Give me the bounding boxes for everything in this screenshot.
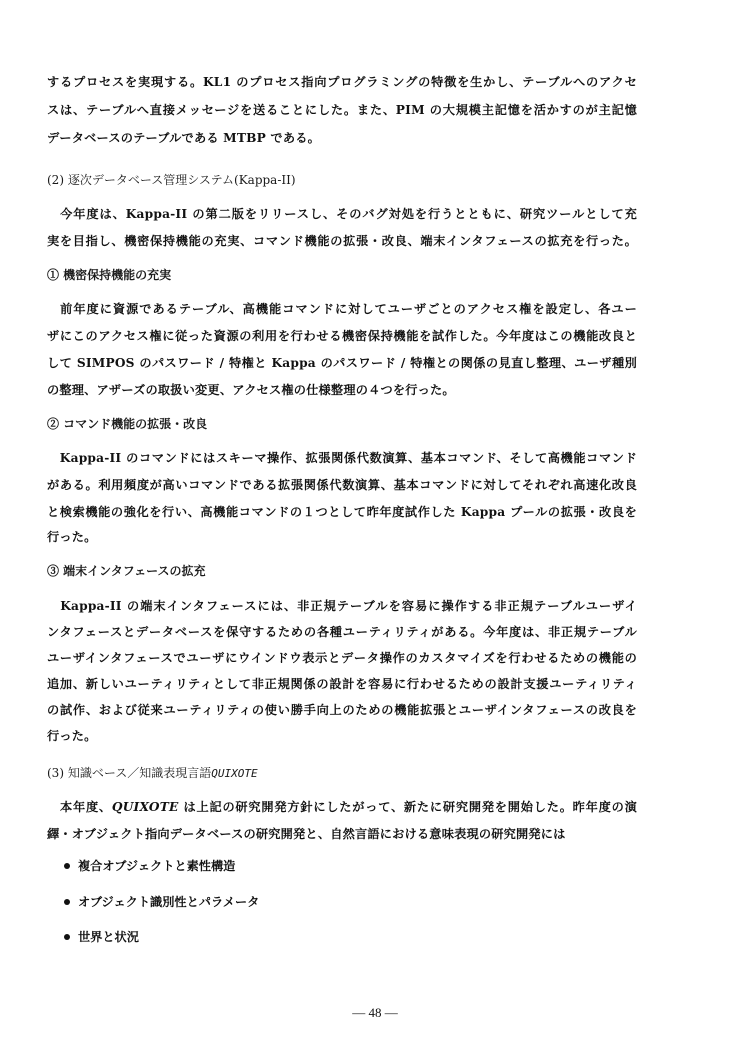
bullet-text: 複合オブジェクトと素性構造 [78,859,235,873]
section-3-line-2: 繹・オブジェクト指向データベースの研究開発と、自然言語における意味表現の研究開発… [47,826,637,842]
section-2-line-1: 今年度は、Kappa-II の第二版をリリースし、そのバグ対処を行うとともに、研… [47,206,637,222]
subsection-2-heading: ② コマンド機能の拡張・改良 [47,416,207,432]
subsection-3-heading: ③ 端末インタフェースの拡充 [47,563,206,579]
subsection-2-line-4: 行った。 [47,529,637,545]
intro-line-1: するプロセスを実現する。KL1 のプロセス指向プログラミングの特徴を生かし、テー… [47,74,637,90]
subsection-3-line-2: ンタフェースとデータベースを保守するための各種ユーティリティがある。今年度は、非… [47,624,637,640]
intro-line-3: データベースのテーブルである MTBP である。 [47,130,637,146]
subsection-1-heading: ① 機密保持機能の充実 [47,267,171,283]
bullet-item-3: 世界と状況 [64,929,139,945]
bullet-icon [64,934,70,940]
bullet-text: オブジェクト識別性とパラメータ [78,895,259,909]
section-3-line-1-suffix: は上記の研究開発方針にしたがって、新たに研究開発を開始した。昨年度の演 [178,800,637,814]
bullet-icon [64,863,70,869]
subsection-3-line-4: 追加、新しいユーティリティとして非正規関係の設計を容易に行わせるための設計支援ユ… [47,676,637,692]
subsection-1-line-1: 前年度に資源であるテーブル、高機能コマンドに対してユーザごとのアクセス権を設定し… [47,301,637,317]
subsection-1-line-3: して SIMPOS のパスワード / 特権と Kappa のパスワード / 特権… [47,355,637,371]
section-2-heading: (2) 逐次データベース管理システム(Kappa-II) [47,172,296,188]
section-3-heading-text: (3) 知識ベース／知識表現言語 [47,766,211,780]
section-3-heading: (3) 知識ベース／知識表現言語QUIXOTE [47,765,258,782]
section-3-line-1-prefix: 本年度、 [47,800,112,814]
quixote-name-inline: QUIXOTE [112,800,179,814]
subsection-3-line-3: ユーザインタフェースでユーザにウインドウ表示とデータ操作のカスタマイズを行わせる… [47,650,637,666]
subsection-2-line-1: Kappa-II のコマンドにはスキーマ操作、拡張関係代数演算、基本コマンド、そ… [47,450,637,466]
subsection-1-line-2: ザにこのアクセス権に従った資源の利用を行わせる機密保持機能を試作した。今年度はこ… [47,328,637,344]
subsection-2-line-3: と検索機能の強化を行い、高機能コマンドの１つとして昨年度試作した Kappa プ… [47,504,637,520]
page-number: — 48 — [0,1005,750,1021]
bullet-item-2: オブジェクト識別性とパラメータ [64,894,259,910]
subsection-3-line-1: Kappa-II の端末インタフェースには、非正規テーブルを容易に操作する非正規… [47,598,637,614]
bullet-text: 世界と状況 [78,930,139,944]
subsection-2-line-2: がある。利用頻度が高いコマンドである拡張関係代数演算、基本コマンドに対してそれぞ… [47,477,637,493]
section-2-line-2: 実を目指し、機密保持機能の充実、コマンド機能の拡張・改良、端末インタフェースの拡… [47,233,637,249]
document-page: するプロセスを実現する。KL1 のプロセス指向プログラミングの特徴を生かし、テー… [0,0,750,1054]
section-3-line-1: 本年度、QUIXOTE は上記の研究開発方針にしたがって、新たに研究開発を開始し… [47,799,637,815]
subsection-3-line-6: 行った。 [47,728,637,744]
intro-line-2: スは、テーブルへ直接メッセージを送ることにした。また、PIM の大規模主記憶を活… [47,102,637,118]
subsection-3-line-5: の試作、および従来ユーティリティの使い勝手向上のための機能拡張とユーザインタフェ… [47,702,637,718]
bullet-item-1: 複合オブジェクトと素性構造 [64,858,235,874]
bullet-icon [64,899,70,905]
subsection-1-line-4: の整理、アザーズの取扱い変更、アクセス権の仕様整理の４つを行った。 [47,382,637,398]
quixote-name: QUIXOTE [211,767,257,780]
